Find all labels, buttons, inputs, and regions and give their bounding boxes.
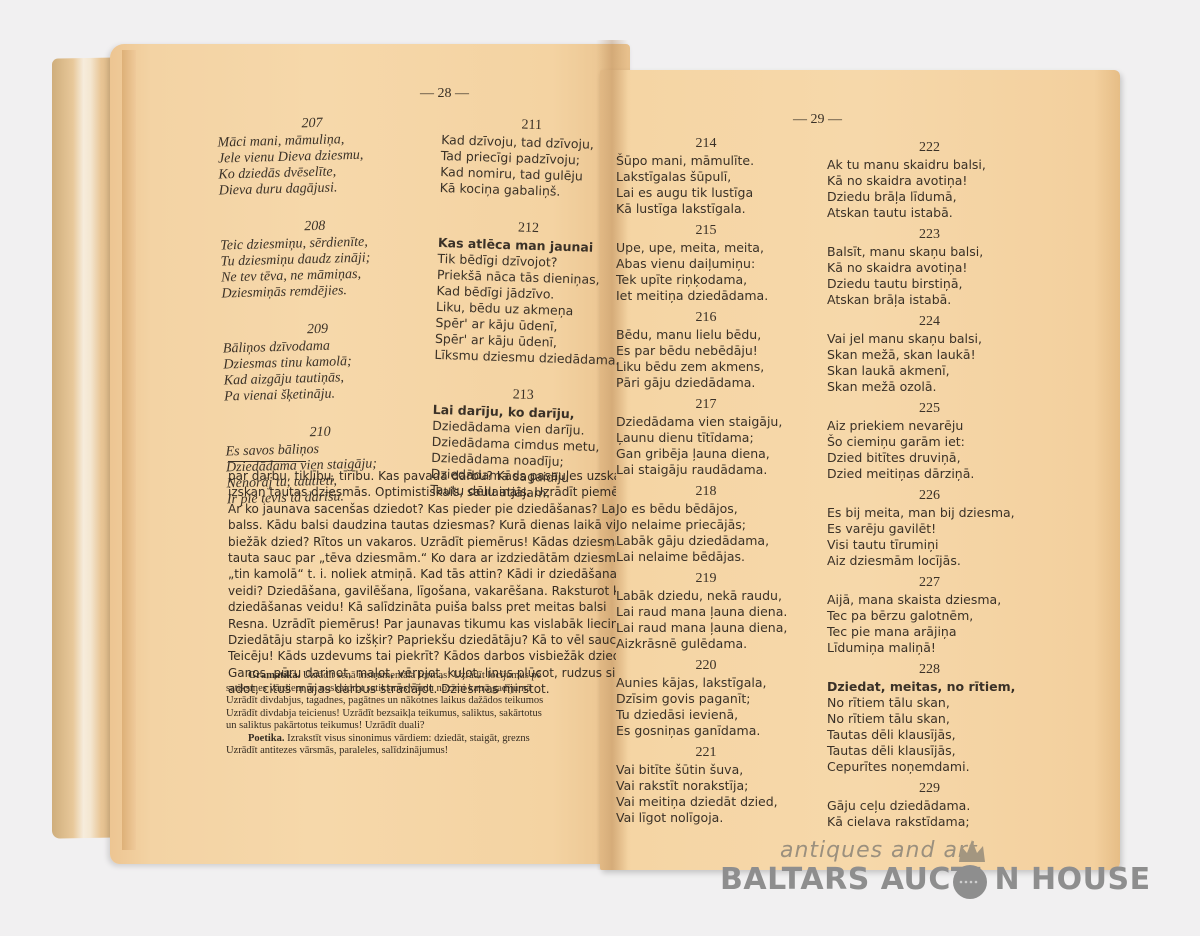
poem-line: Ļaunu dienu tītīdama;	[616, 430, 796, 446]
poem-line: Es par bēdu nebēdāju!	[616, 343, 796, 359]
poem-line: Vai līgot nolīgoja.	[616, 810, 796, 826]
poem-line: Lai nelaime bēdājas.	[616, 549, 796, 565]
note-text: Uzrādīt antitezes vārsmās, paraleles, sa…	[226, 745, 448, 756]
poem-216: 216Bēdu, manu lielu bēdu,Es par bēdu neb…	[616, 310, 796, 391]
right-page-column-2: 222Ak tu manu skaidru balsi,Kā no skaidr…	[827, 140, 1032, 830]
poem-line: Ak tu manu skaidru balsi,	[827, 157, 1032, 173]
poem-line: Liku bēdu zem akmens,	[616, 359, 796, 375]
note-line: Gramatika. Uzrādīt senā instrumentāla fo…	[226, 670, 618, 683]
poem-line: Jo es bēdu bēdājos,	[616, 501, 796, 517]
poem-number: 216	[616, 310, 796, 326]
open-book: — 28 — 207Māci mani, māmuliņa,Jele vienu…	[0, 0, 1200, 936]
poem-line: No rītiem tālu skan,	[827, 695, 1032, 711]
poem-line: Aizkrāsnē gulēdama.	[616, 636, 796, 652]
poem-line: Cepurītes noņemdami.	[827, 759, 1032, 775]
poem-number: 218	[616, 484, 796, 500]
poem-number: 229	[827, 781, 1032, 797]
page-number-right: — 29 —	[793, 112, 842, 128]
poem-line: Kā lustīga lakstīgala.	[616, 201, 796, 217]
poem-214: 214Šūpo mani, māmulīte.Lakstīgalas šūpul…	[616, 136, 796, 217]
poem-224: 224Vai jel manu skaņu balsi,Skan mežā, s…	[827, 314, 1032, 395]
poem-209: 209Bāliņos dzīvodamaDziesmas tinu kamolā…	[222, 320, 414, 406]
poem-line: Aijā, mana skaista dziesma,	[827, 592, 1032, 608]
poem-line: Tek upīte riņķodama,	[616, 272, 796, 288]
poem-line: Balsīt, manu skaņu balsi,	[827, 244, 1032, 260]
poem-number: 217	[616, 397, 796, 413]
poem-line: Tu dziedāsi ievienā,	[616, 707, 796, 723]
poem-number: 228	[827, 662, 1032, 678]
note-text: un saliktus pakārtotus teikumus! Uzrādīt…	[226, 720, 425, 731]
poem-229: 229Gāju ceļu dziedādama.Kā cielava rakst…	[827, 781, 1032, 830]
prose-line: „tin kamolā“ t. i. noliek atmiņā. Kad tā…	[228, 566, 616, 582]
prose-line: izskan tautas dziesmās. Optimistiskais, …	[228, 484, 616, 500]
note-line: Uzrādīt divdabjus, tagadnes, pagātnes un…	[226, 695, 618, 708]
poem-222: 222Ak tu manu skaidru balsi,Kā no skaidr…	[827, 140, 1032, 221]
poem-number: 227	[827, 575, 1032, 591]
footnote-rule	[228, 461, 306, 462]
poem-line: Dzīsim govis paganīt;	[616, 691, 796, 707]
note-text: Uzrādīt divdabja teicienus! Uzrādīt bezs…	[226, 708, 542, 719]
poem-line: Aiz dziesmām locījās.	[827, 553, 1032, 569]
poem-line: Vai meitiņa dziedāt dzied,	[616, 794, 796, 810]
poem-line: Skan mežā ozolā.	[827, 379, 1032, 395]
poem-228: 228Dziedat, meitas, no rītiem,No rītiem …	[827, 662, 1032, 775]
poem-line: Dzied meitiņas dārziņā.	[827, 466, 1032, 482]
poem-line: Lai raud mana ļauna diena.	[616, 604, 796, 620]
poem-line: Aiz priekiem nevarēju	[827, 418, 1032, 434]
poem-line: Šo ciemiņu garām iet:	[827, 434, 1032, 450]
note-label: Gramatika.	[248, 670, 300, 681]
poem-220: 220Aunies kājas, lakstīgala,Dzīsim govis…	[616, 658, 796, 739]
poem-line: Kā no skaidra avotiņa!	[827, 260, 1032, 276]
poem-number: 219	[616, 571, 796, 587]
prose-line: Teicēju! Kāds uzdevums tai piekrīt? Kādo…	[228, 648, 616, 664]
poem-line: Abas vienu daiļumiņu:	[616, 256, 796, 272]
poem-line: Tec pie mana arājiņa	[827, 624, 1032, 640]
prose-line: par darbu, tiklību, tīrību. Kas pavada d…	[228, 468, 616, 484]
poem-line: Labāk gāju dziedādama,	[616, 533, 796, 549]
poem-line: Kā cielava rakstīdama;	[827, 814, 1032, 830]
poem-226: 226Es bij meita, man bij dziesma,Es varē…	[827, 488, 1032, 569]
grammar-poetics-notes: Gramatika. Uzrādīt senā instrumentāla fo…	[226, 670, 618, 758]
poem-number: 224	[827, 314, 1032, 330]
poem-line: No rītiem tālu skan,	[827, 711, 1032, 727]
prose-line: Dziedātāju starpā ko izšķir? Papriekšu d…	[228, 632, 616, 648]
poem-line: Lai staigāju raudādama.	[616, 462, 796, 478]
poem-line: Skan mežā, skan laukā!	[827, 347, 1032, 363]
prose-line: Ar ko jaunava sacenšas dziedot? Kas pied…	[228, 501, 616, 517]
poem-227: 227Aijā, mana skaista dziesma,Tec pa bēr…	[827, 575, 1032, 656]
poem-line: Tautas dēli klausījās,	[827, 727, 1032, 743]
poem-225: 225Aiz priekiem nevarējuŠo ciemiņu garām…	[827, 401, 1032, 482]
poem-number: 222	[827, 140, 1032, 156]
poem-line: Tautas dēli klausījās,	[827, 743, 1032, 759]
poem-line: Tec pa bērzu galotnēm,	[827, 608, 1032, 624]
note-line: un saliktus pakārtotus teikumus! Uzrādīt…	[226, 720, 618, 733]
poem-line: Upe, upe, meita, meita,	[616, 240, 796, 256]
prose-line: dziedāšanas veidu! Kā salīdzināta puiša …	[228, 599, 616, 615]
watermark-subtitle: antiques and art	[780, 838, 978, 863]
poem-line: Lakstīgalas šūpulī,	[616, 169, 796, 185]
poem-line: Labāk dziedu, nekā raudu,	[616, 588, 796, 604]
crown-icon	[957, 838, 987, 864]
poem-line: Dziedu tautu birstiņā,	[827, 276, 1032, 292]
poem-line: Iet meitiņa dziedādama.	[616, 288, 796, 304]
poem-line: Atskan tautu istabā.	[827, 205, 1032, 221]
prose-line: biežāk dzied? Rītos un vakaros. Uzrādīt …	[228, 534, 616, 550]
poem-line: Dzied bitītes druviņā,	[827, 450, 1032, 466]
poem-number: 226	[827, 488, 1032, 504]
right-page-column-1: 214Šūpo mani, māmulīte.Lakstīgalas šūpul…	[616, 136, 796, 826]
poem-line: Kā no skaidra avotiņa!	[827, 173, 1032, 189]
note-line: Uzrādīt antitezes vārsmās, paraleles, sa…	[226, 745, 618, 758]
note-label: Poetika.	[248, 733, 284, 744]
note-text: Uzrādīt senā instrumentāla formas! Uzrād…	[300, 670, 541, 681]
poem-number: 225	[827, 401, 1032, 417]
prose-line: tauta sauc par „tēva dziesmām.“ Ko dara …	[228, 550, 616, 566]
poem-215: 215Upe, upe, meita, meita,Abas vienu dai…	[616, 223, 796, 304]
watermark-title: BALTARS AUCTI N HOUSE	[720, 862, 1151, 897]
page-number-left: — 28 —	[420, 86, 469, 102]
poem-208: 208Teic dziesmiņu, sērdienīte,Tu dziesmi…	[220, 217, 412, 303]
logo-circle-icon	[952, 864, 988, 900]
note-line: Uzrādīt divdabja teicienus! Uzrādīt bezs…	[226, 708, 618, 721]
note-line: Poetika. Izrakstīt visus sinonimus vārdi…	[226, 733, 618, 746]
poem-207: 207Māci mani, māmuliņa,Jele vienu Dieva …	[217, 114, 409, 200]
poem-line: Pāri gāju dziedādama.	[616, 375, 796, 391]
prose-line: Resna. Uzrādīt piemērus! Par jaunavas ti…	[228, 616, 616, 632]
poem-line: Lai es augu tik lustīga	[616, 185, 796, 201]
poem-223: 223Balsīt, manu skaņu balsi,Kā no skaidr…	[827, 227, 1032, 308]
note-text: satiksmes vārdiem un noskaidrot satiksme…	[226, 683, 531, 694]
poem-line: Es varēju gavilēt!	[827, 521, 1032, 537]
poem-212: 212Kas atlēca man jaunaiTik bēdīgi dzīvo…	[434, 218, 618, 369]
poem-217: 217Dziedādama vien staigāju,Ļaunu dienu …	[616, 397, 796, 478]
poem-219: 219Labāk dziedu, nekā raudu,Lai raud man…	[616, 571, 796, 652]
poem-line: Dziedat, meitas, no rītiem,	[827, 679, 1032, 695]
poem-number: 221	[616, 745, 796, 761]
poem-line: Es bij meita, man bij dziesma,	[827, 505, 1032, 521]
poem-line: Gan gribēja ļauna diena,	[616, 446, 796, 462]
left-page-column-1: 207Māci mani, māmuliņa,Jele vienu Dieva …	[217, 114, 417, 509]
poem-218: 218Jo es bēdu bēdājos,Jo nelaime priecāj…	[616, 484, 796, 565]
note-text: Izrakstīt visus sinonimus vārdiem: dzied…	[284, 733, 529, 744]
poem-number: 215	[616, 223, 796, 239]
prose-line: balss. Kādu balsi daudzina tautas dziesm…	[228, 517, 616, 533]
poem-line: Es gosniņas ganīdama.	[616, 723, 796, 739]
poem-line: Gāju ceļu dziedādama.	[827, 798, 1032, 814]
poem-line: Lai raud mana ļauna diena,	[616, 620, 796, 636]
poem-line: Dziedu brāļa līdumā,	[827, 189, 1032, 205]
study-questions-text: par darbu, tiklību, tīrību. Kas pavada d…	[228, 468, 616, 698]
poem-211: 211Kad dzīvoju, tad dzīvoju,Tad priecīgi…	[439, 115, 621, 202]
poem-line: Visi tautu tīrumiņi	[827, 537, 1032, 553]
poem-line: Vai rakstīt norakstīja;	[616, 778, 796, 794]
poem-line: Skan laukā akmenī,	[827, 363, 1032, 379]
poem-line: Vai jel manu skaņu balsi,	[827, 331, 1032, 347]
poem-line: Šūpo mani, māmulīte.	[616, 153, 796, 169]
poem-line: Atskan brāļa istabā.	[827, 292, 1032, 308]
poem-line: Bēdu, manu lielu bēdu,	[616, 327, 796, 343]
poem-221: 221Vai bitīte šūtin šuva,Vai rakstīt nor…	[616, 745, 796, 826]
poem-line: Dziedādama vien staigāju,	[616, 414, 796, 430]
note-text: Uzrādīt divdabjus, tagadnes, pagātnes un…	[226, 695, 543, 706]
poem-number: 214	[616, 136, 796, 152]
left-page-column-2: 211Kad dzīvoju, tad dzīvoju,Tad priecīgi…	[430, 115, 622, 503]
poem-line: Jo nelaime priecājās;	[616, 517, 796, 533]
prose-line: veidi? Dziedāšana, gavilēšana, līgošana,…	[228, 583, 616, 599]
poem-number: 220	[616, 658, 796, 674]
poem-number: 223	[827, 227, 1032, 243]
page-stack-edge	[122, 50, 136, 850]
auction-house-watermark: antiques and art BALTARS AUCTI N HOUSE	[720, 838, 1140, 908]
poem-line: Līdumiņa maliņā!	[827, 640, 1032, 656]
note-line: satiksmes vārdiem un noskaidrot satiksme…	[226, 683, 618, 696]
poem-line: Aunies kājas, lakstīgala,	[616, 675, 796, 691]
poem-line: Vai bitīte šūtin šuva,	[616, 762, 796, 778]
